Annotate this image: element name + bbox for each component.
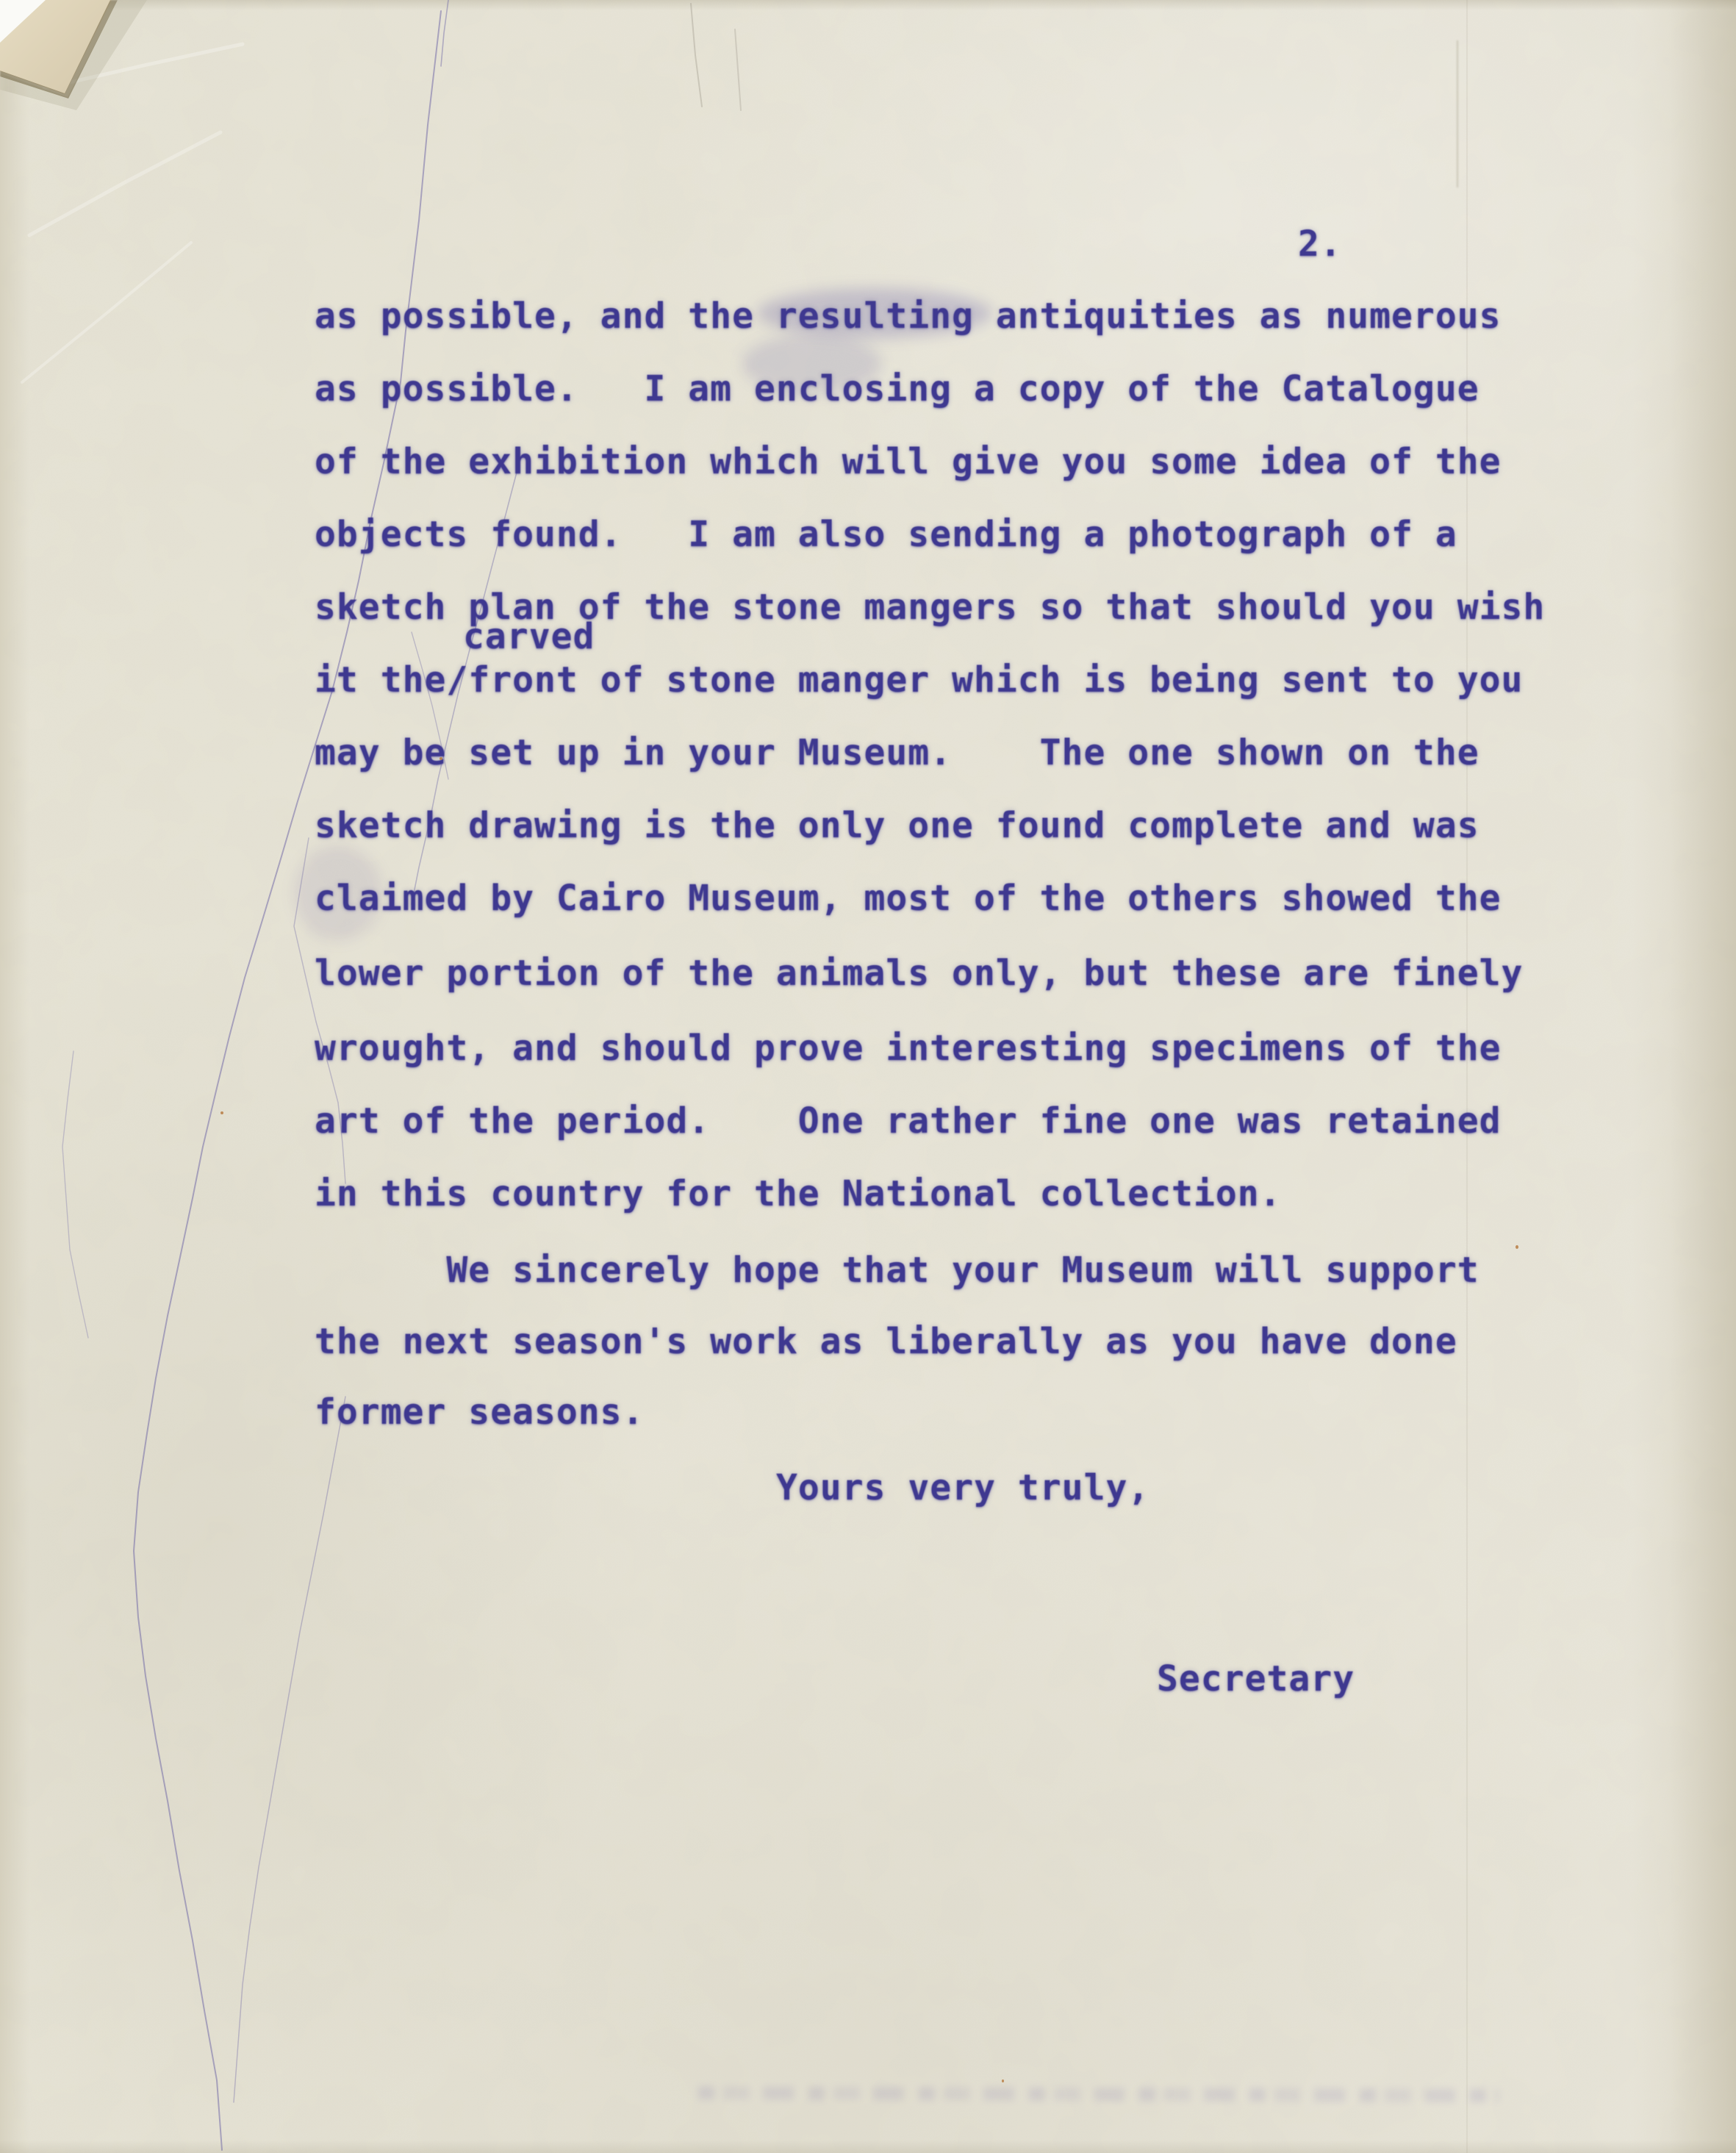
letter-line: the next season's work as liberally as y… [315, 1322, 1457, 1361]
letter-line: of the exhibition which will give you so… [315, 443, 1502, 481]
letter-line: art of the period. One rather fine one w… [315, 1102, 1502, 1140]
letter-body: 2. as possible, and the resulting antiqu… [0, 0, 1736, 2153]
dirt-speck [1516, 1245, 1518, 1249]
signature-line: Secretary [1157, 1660, 1355, 1698]
valediction: Yours very truly, [776, 1469, 1149, 1507]
inserted-word-carved: carved [463, 617, 595, 656]
letter-line: objects found. I am also sending a photo… [315, 515, 1457, 554]
page-number: 2. [1298, 225, 1342, 263]
letter-line: lower portion of the animals only, but t… [315, 954, 1523, 992]
letter-line: We sincerely hope that your Museum will … [315, 1251, 1479, 1289]
letter-line: claimed by Cairo Museum, most of the oth… [315, 879, 1502, 917]
dirt-speck [1002, 2079, 1004, 2082]
letter-line: may be set up in your Museum. The one sh… [315, 734, 1479, 772]
ghost-text-smudge [698, 2086, 1499, 2102]
letter-line: former seasons. [315, 1393, 644, 1431]
letter-line: as possible, and the resulting antiquiti… [315, 297, 1502, 335]
letter-line: as possible. I am enclosing a copy of th… [315, 370, 1479, 408]
letter-line: wrought, and should prove interesting sp… [315, 1029, 1502, 1067]
scanned-letter-page: 2. as possible, and the resulting antiqu… [0, 0, 1736, 2153]
dirt-speck [220, 1111, 223, 1114]
letter-line: sketch drawing is the only one found com… [315, 806, 1479, 845]
letter-line: it the/front of stone manger which is be… [315, 661, 1523, 699]
letter-line: in this country for the National collect… [315, 1175, 1282, 1213]
dirt-speck [440, 757, 442, 760]
